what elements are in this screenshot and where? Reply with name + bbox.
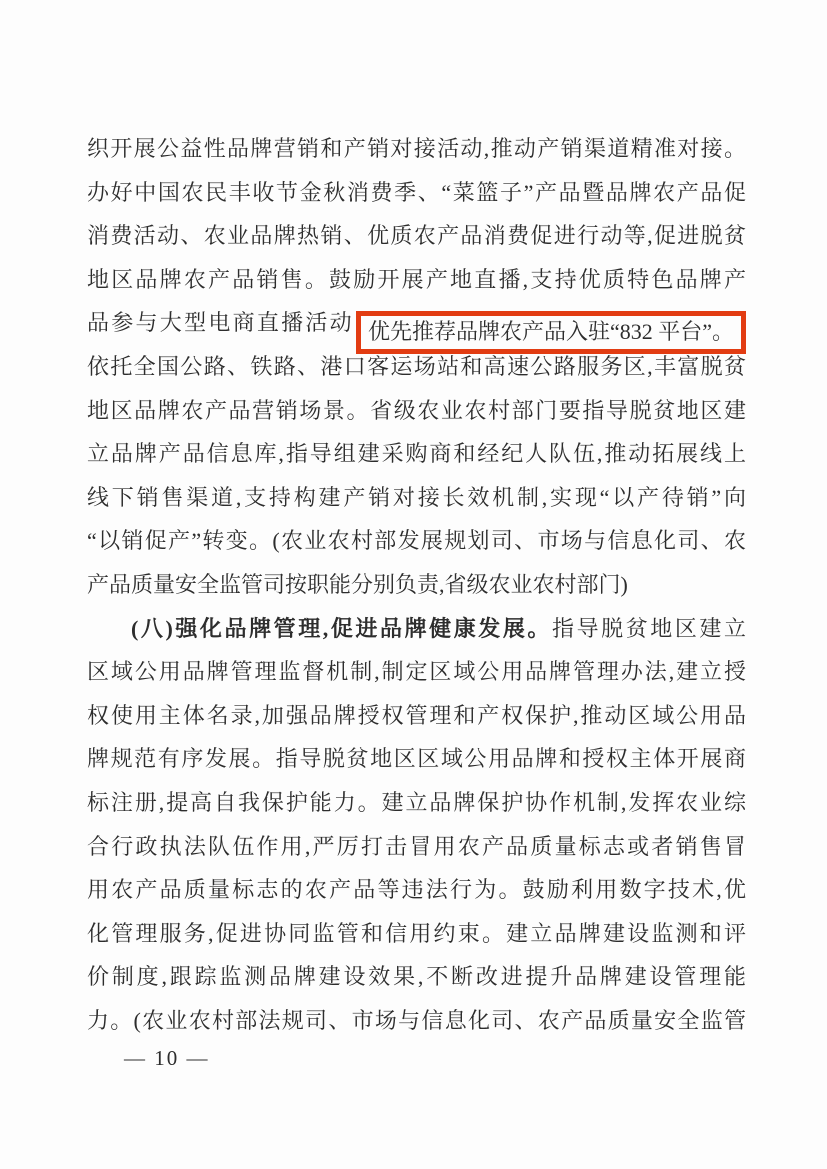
text-line: 权使用主体名录,加强品牌授权管理和产权保护,推动区域公用品 — [87, 694, 746, 738]
text-line: 牌规范有序发展。指导脱贫地区区域公用品牌和授权主体开展商 — [87, 737, 746, 781]
text-line: 立品牌产品信息库,指导组建采购商和经纪人队伍,推动拓展线上 — [87, 432, 746, 476]
text-line-with-highlight: 品参与大型电商直播活动优先推荐品牌农产品入驻“832 平台”。 — [87, 301, 746, 345]
text-line: 线下销售渠道,支持构建产销对接长效机制,实现“以产待销”向 — [87, 476, 746, 520]
text-line: 依托全国公路、铁路、港口客运场站和高速公路服务区,丰富脱贫 — [87, 345, 746, 389]
text-line: 用农产品质量标志的农产品等违法行为。鼓励利用数字技术,优 — [87, 868, 746, 912]
text-before-highlight: 品参与大型电商直播活动 — [87, 310, 354, 335]
text-line: 区域公用品牌管理监督机制,制定区域公用品牌管理办法,建立授 — [87, 650, 746, 694]
text-line: 办好中国农民丰收节金秋消费季、“菜篮子”产品暨品牌农产品促 — [87, 171, 746, 215]
text-line: 化管理服务,促进协同监管和信用约束。建立品牌建设监测和评 — [87, 912, 746, 956]
page-number: — 10 — — [124, 1046, 210, 1071]
text-line: 标注册,提高自我保护能力。建立品牌保护协作机制,发挥农业综 — [87, 781, 746, 825]
section-heading-rest: 指导脱贫地区建立 — [552, 616, 746, 641]
text-line: 地区品牌农产品营销场景。省级农业农村部门要指导脱贫地区建 — [87, 389, 746, 433]
text-line: 织开展公益性品牌营销和产销对接活动,推动产销渠道精准对接。 — [87, 127, 746, 171]
text-line: 力。(农业农村部法规司、市场与信息化司、农产品质量安全监管 — [87, 999, 746, 1043]
document-page: 织开展公益性品牌营销和产销对接活动,推动产销渠道精准对接。 办好中国农民丰收节金… — [0, 0, 827, 1169]
text-line: 消费活动、农业品牌热销、优质农产品消费促进行动等,促进脱贫 — [87, 214, 746, 258]
document-body: 织开展公益性品牌营销和产销对接活动,推动产销渠道精准对接。 办好中国农民丰收节金… — [87, 127, 746, 1042]
section-heading-line: (八)强化品牌管理,促进品牌健康发展。指导脱贫地区建立 — [87, 607, 746, 651]
text-line: 产品质量安全监管司按职能分别负责,省级农业农村部门) — [87, 563, 746, 607]
text-line: “以销促产”转变。(农业农村部发展规划司、市场与信息化司、农 — [87, 519, 746, 563]
text-line: 地区品牌农产品销售。鼓励开展产地直播,支持优质特色品牌产 — [87, 258, 746, 302]
text-line: 合行政执法队伍作用,严厉打击冒用农产品质量标志或者销售冒 — [87, 825, 746, 869]
text-line: 价制度,跟踪监测品牌建设效果,不断改进提升品牌建设管理能 — [87, 955, 746, 999]
section-heading-bold: (八)强化品牌管理,促进品牌健康发展。 — [131, 616, 552, 641]
